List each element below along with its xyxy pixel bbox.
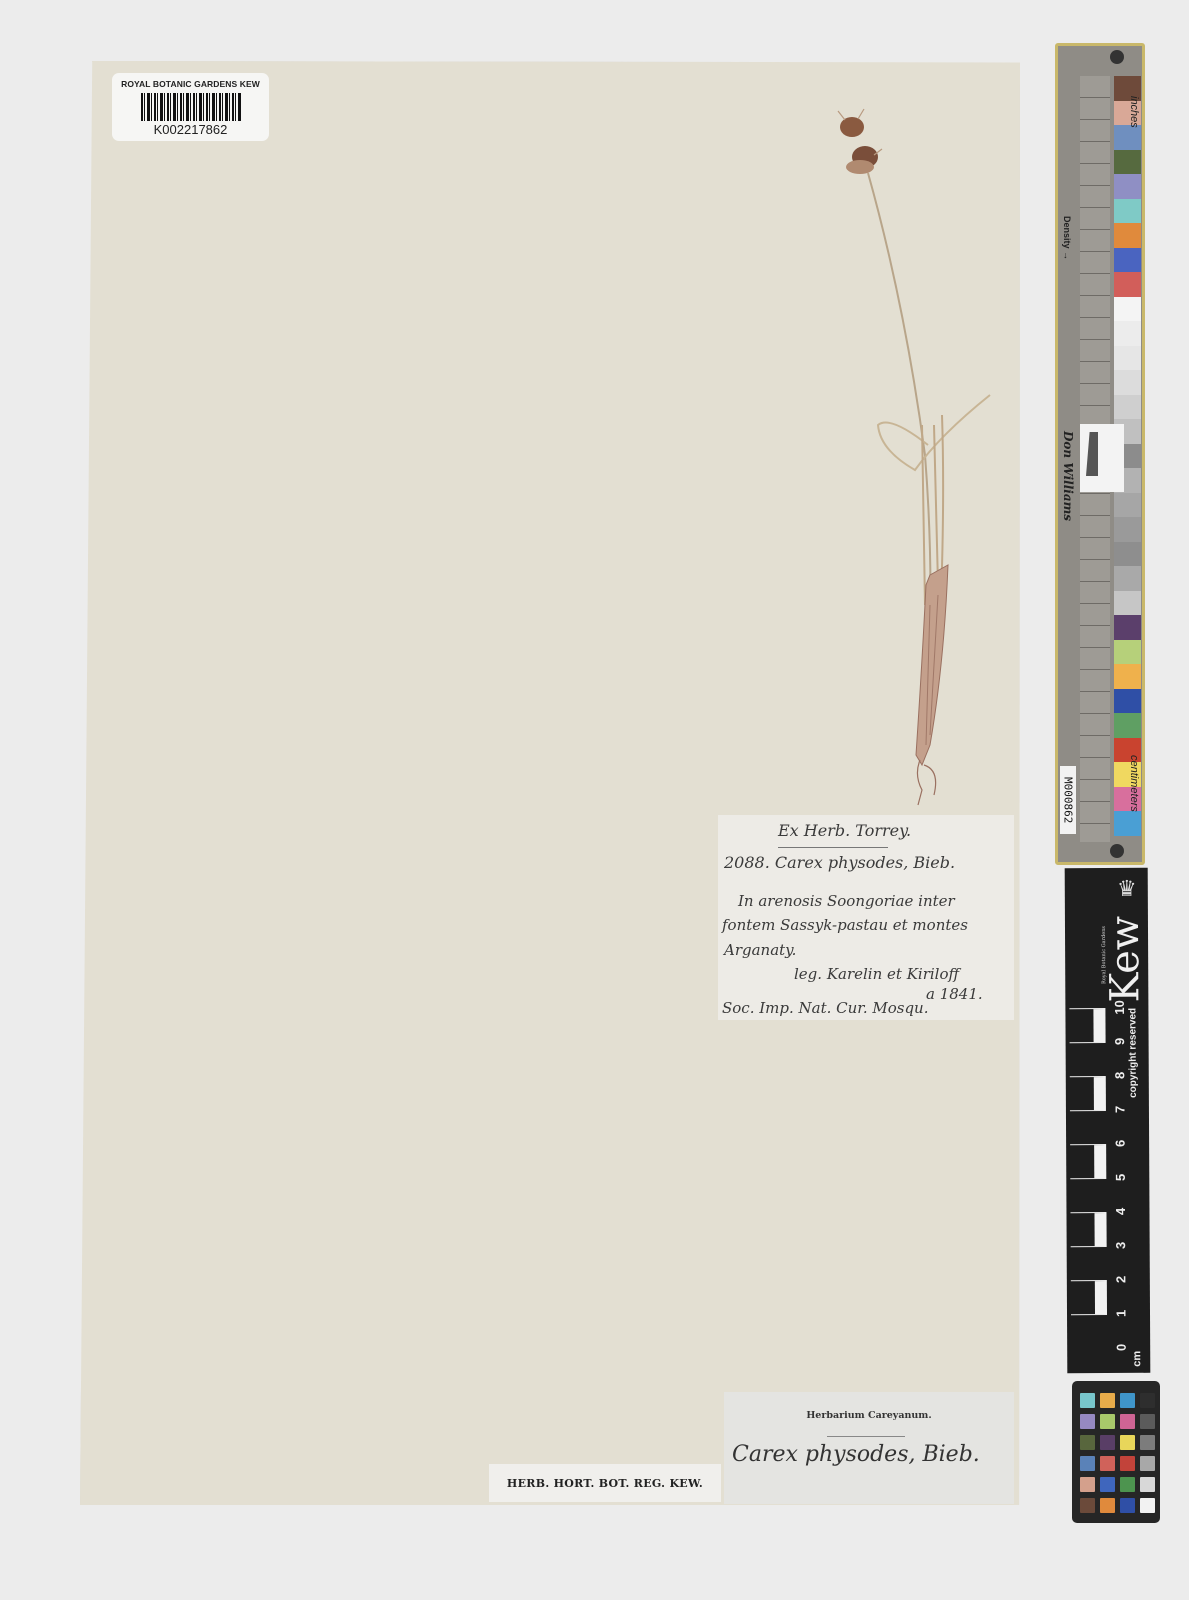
ruler-segment <box>1070 1178 1106 1212</box>
ruler-tick-label: 2 <box>1113 1269 1128 1289</box>
color-patch <box>1114 297 1141 322</box>
taxon-name: Carex physodes, Bieb. <box>732 1442 980 1467</box>
color-patch <box>1114 174 1141 199</box>
unit-inches: inches <box>1128 96 1140 128</box>
color-patch <box>1114 493 1141 518</box>
color-patch <box>1114 517 1141 542</box>
ruler-tick-label: 7 <box>1112 1099 1127 1119</box>
barcode-organization: ROYAL BOTANIC GARDENS KEW <box>112 79 269 89</box>
color-patch <box>1114 321 1141 346</box>
herbarium-title: Herbarium Careyanum. <box>724 1410 1014 1421</box>
checker-cell <box>1080 1498 1095 1513</box>
color-patch <box>1114 640 1141 665</box>
color-patch <box>1114 395 1141 420</box>
color-patch <box>1114 248 1141 273</box>
hole-icon <box>1110 50 1124 64</box>
cm-ruler <box>1069 1008 1107 1358</box>
density-label: Density → <box>1062 216 1072 260</box>
label-herbarium-source: Ex Herb. Torrey. <box>778 821 911 840</box>
color-patch <box>1114 566 1141 591</box>
color-patch <box>1114 150 1141 175</box>
checker-cell <box>1080 1456 1095 1471</box>
checker-cell <box>1120 1456 1135 1471</box>
color-patch <box>1114 542 1141 567</box>
color-checker-card <box>1072 1381 1160 1523</box>
label-locality-1: In arenosis Soongoriae inter <box>738 892 955 910</box>
checker-cell <box>1080 1393 1095 1408</box>
barcode-number: K002217862 <box>112 122 269 137</box>
color-patch <box>1114 125 1141 150</box>
ruler-segment <box>1070 1042 1106 1076</box>
color-patch <box>1114 615 1141 640</box>
ruler-segment <box>1070 1212 1106 1246</box>
ruler-tick-label: 1 <box>1113 1303 1128 1323</box>
ruler-segment <box>1070 1076 1106 1110</box>
checker-cell <box>1080 1477 1095 1492</box>
kew-crest-icon: ♛ <box>1113 876 1141 906</box>
color-checker-grid <box>1080 1393 1155 1513</box>
ruler-tick-label: 6 <box>1113 1133 1128 1153</box>
kew-logo: Kew <box>1105 916 1145 1003</box>
hole-icon <box>1110 844 1124 858</box>
ruler-unit: cm <box>1131 1351 1143 1367</box>
ruler-tick-label: 3 <box>1113 1235 1128 1255</box>
checker-cell <box>1100 1498 1115 1513</box>
ruler-segment <box>1069 1008 1105 1042</box>
label-locality-3: Arganaty. <box>724 941 796 959</box>
carex-specimen-icon <box>830 105 1010 815</box>
checker-cell <box>1120 1498 1135 1513</box>
color-patch <box>1114 811 1141 836</box>
bar-brand: Don Williams <box>1061 431 1075 521</box>
checker-cell <box>1140 1498 1155 1513</box>
checker-cell <box>1080 1435 1095 1450</box>
color-patch <box>1114 689 1141 714</box>
label-society: Soc. Imp. Nat. Cur. Mosqu. <box>722 999 928 1017</box>
color-patch <box>1114 591 1141 616</box>
checker-cell <box>1120 1477 1135 1492</box>
checker-cell <box>1100 1435 1115 1450</box>
unit-centimeters: centimeters <box>1128 755 1140 812</box>
ruler-segment <box>1071 1314 1107 1348</box>
checker-cell <box>1120 1435 1135 1450</box>
checker-cell <box>1140 1477 1155 1492</box>
checker-cell <box>1100 1477 1115 1492</box>
color-patch <box>1114 713 1141 738</box>
color-patch <box>1114 272 1141 297</box>
label-taxon: 2088. Carex physodes, Bieb. <box>724 853 955 872</box>
color-patch <box>1114 223 1141 248</box>
color-calibration-bar: inches centimeters Density → Don William… <box>1055 43 1145 865</box>
gauge-icon <box>1080 424 1124 492</box>
determination-label: Herbarium Careyanum. Carex physodes, Bie… <box>724 1392 1014 1504</box>
label-locality-2: fontem Sassyk-pastau et montes <box>722 916 968 934</box>
ruler-tick-label: 5 <box>1113 1167 1128 1187</box>
checker-cell <box>1140 1414 1155 1429</box>
barcode-icon <box>141 93 241 121</box>
ruler-tick-label: 0 <box>1114 1337 1129 1357</box>
ruler-segment <box>1070 1110 1106 1144</box>
barcode-label: ROYAL BOTANIC GARDENS KEW K002217862 <box>112 73 269 141</box>
color-patch <box>1114 199 1141 224</box>
checker-cell <box>1080 1414 1095 1429</box>
kew-scale-bar: ♛ Royal Botanic Gardens Kew copyright re… <box>1065 868 1151 1373</box>
ruler-segment <box>1071 1280 1107 1314</box>
color-patch <box>1114 370 1141 395</box>
checker-cell <box>1100 1393 1115 1408</box>
checker-cell <box>1140 1456 1155 1471</box>
checker-cell <box>1120 1393 1135 1408</box>
label-divider <box>827 1436 905 1437</box>
label-year: a 1841. <box>926 985 983 1003</box>
ruler-tick-label: 10 <box>1112 997 1127 1017</box>
ruler-tick-label: 9 <box>1112 1031 1127 1051</box>
ruler-segment <box>1070 1144 1106 1178</box>
kew-herbarium-stamp: HERB. HORT. BOT. REG. KEW. <box>489 1464 721 1502</box>
color-patch <box>1114 346 1141 371</box>
ruler-tick-label: 8 <box>1112 1065 1127 1085</box>
checker-cell <box>1100 1456 1115 1471</box>
label-divider <box>778 847 888 848</box>
ruler-segment <box>1071 1246 1107 1280</box>
collector-label: Ex Herb. Torrey. 2088. Carex physodes, B… <box>718 815 1014 1020</box>
checker-cell <box>1120 1414 1135 1429</box>
ruler-tick-label: 4 <box>1113 1201 1128 1221</box>
color-patch <box>1114 664 1141 689</box>
label-collectors: leg. Karelin et Kiriloff <box>794 965 959 983</box>
bar-id: M000862 <box>1060 766 1076 834</box>
checker-cell <box>1140 1393 1155 1408</box>
copyright-text: copyright reserved <box>1127 1008 1138 1098</box>
checker-cell <box>1140 1435 1155 1450</box>
checker-cell <box>1100 1414 1115 1429</box>
